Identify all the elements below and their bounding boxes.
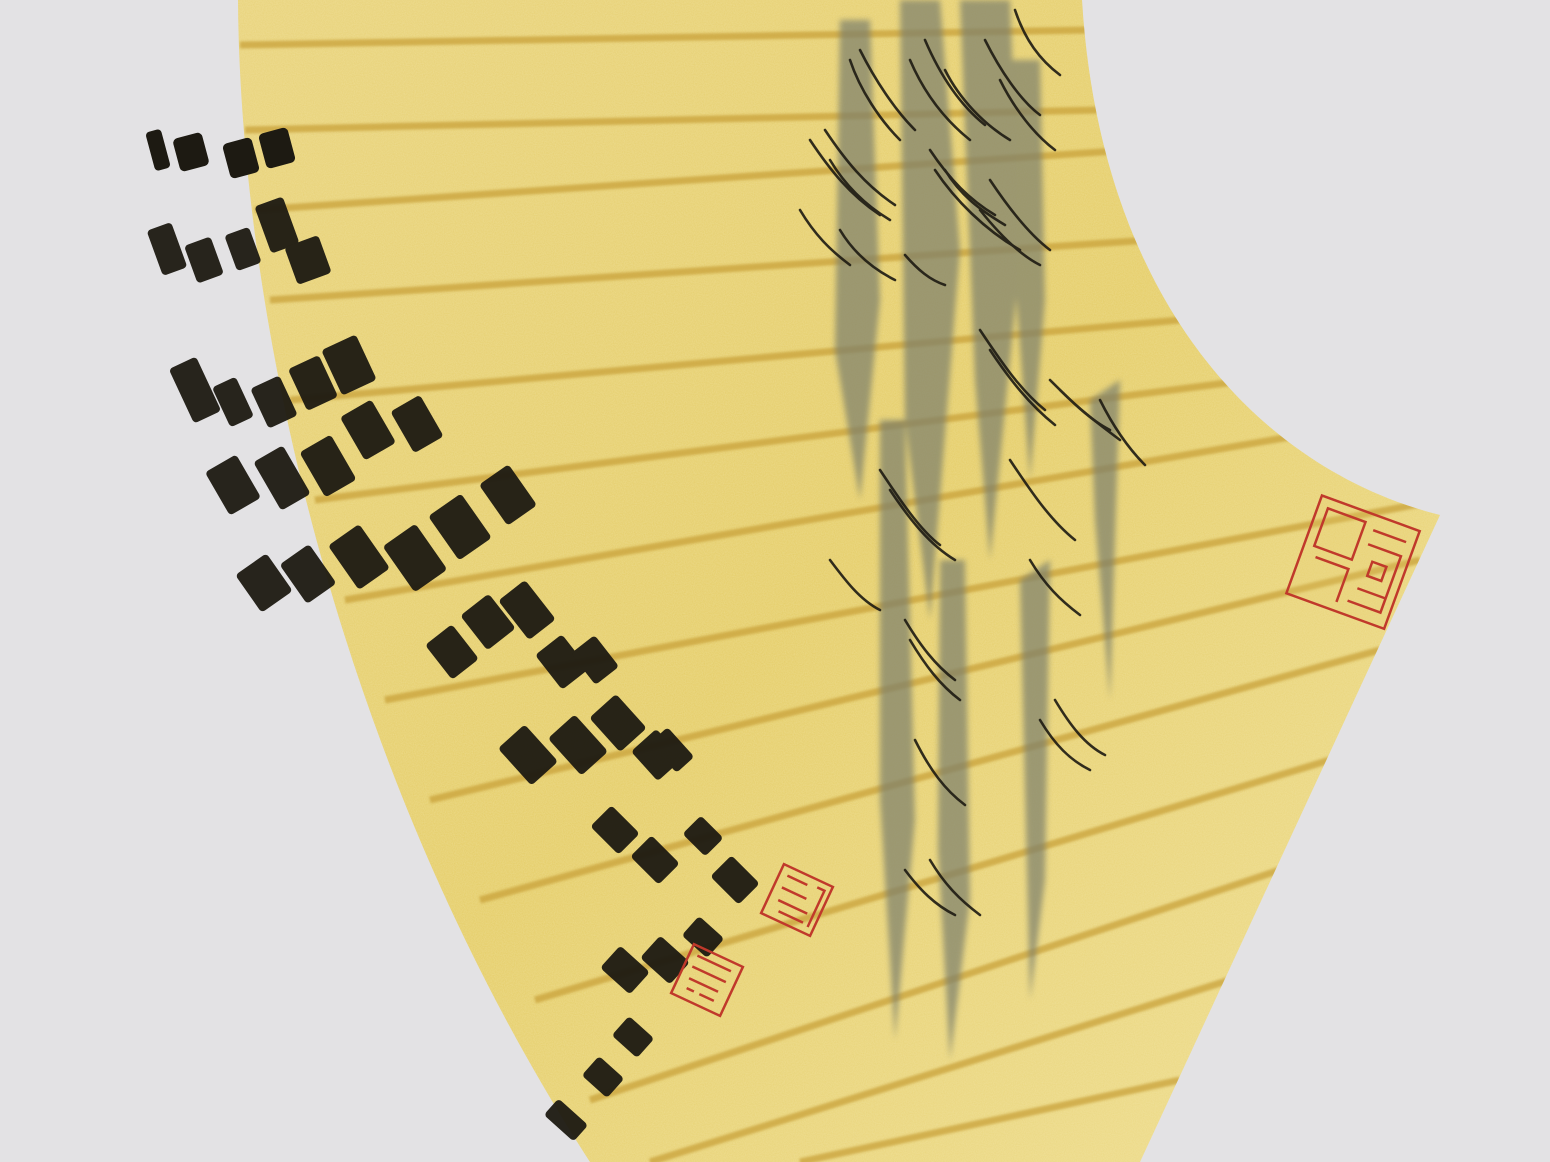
fan-painting [0,0,1550,1162]
photo-stage: Gold-flecked fan leaf photographed at an… [0,0,1550,1162]
